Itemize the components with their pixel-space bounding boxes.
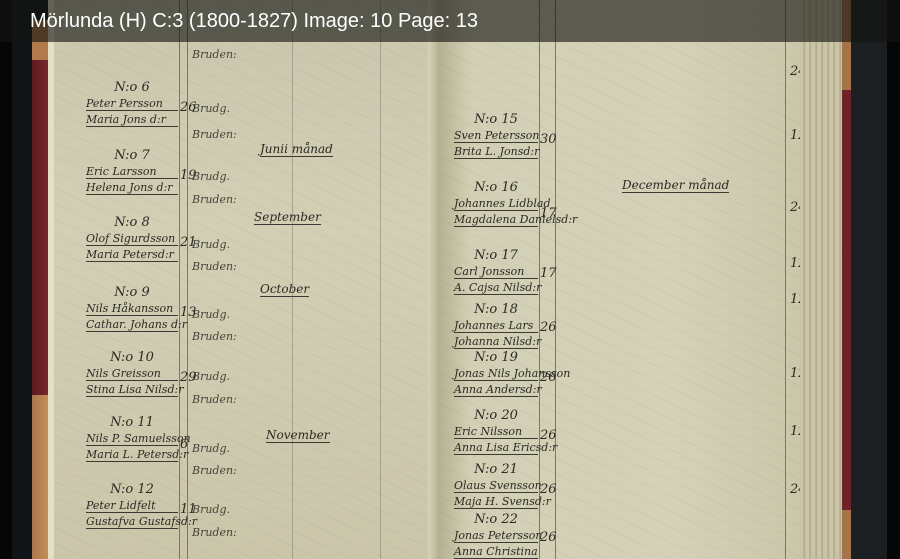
entry-number: N:o 12 xyxy=(86,482,178,497)
role-label: Bruden: xyxy=(192,526,237,539)
role-label: Bruden: xyxy=(192,193,237,206)
role-label: Bruden: xyxy=(192,393,237,406)
book-cover-right xyxy=(842,0,887,559)
bride-name: A. Cajsa Nilsd:r xyxy=(454,281,538,295)
groom-age: 26 xyxy=(540,428,557,443)
marriage-entry: N:o 16 Johannes Lidblad Magdalena Daniel… xyxy=(454,180,538,227)
role-label: Brudg. xyxy=(192,503,230,516)
marriage-entry: N:o 10 Nils Greisson Stina Lisa Nilsd:r xyxy=(86,350,178,397)
entry-number: N:o 7 xyxy=(86,148,178,163)
role-label: Brudg. xyxy=(192,308,230,321)
groom-name: Nils Håkansson xyxy=(86,302,178,316)
entry-number: N:o 17 xyxy=(454,248,538,263)
groom-name: Sven Petersson xyxy=(454,129,538,143)
groom-age: 26 xyxy=(540,370,557,385)
bride-name: Maja H. Svensd:r xyxy=(454,495,538,509)
groom-name: Nils Greisson xyxy=(86,367,178,381)
entry-number: N:o 22 xyxy=(454,512,538,527)
entry-number: N:o 16 xyxy=(454,180,538,195)
groom-name: Jonas Nils Johansson xyxy=(454,367,538,381)
role-label: Bruden: xyxy=(192,464,237,477)
groom-name: Nils P. Samuelsson xyxy=(86,432,178,446)
month-heading: October xyxy=(260,282,309,297)
register-page-left: N:o 6 Peter Persson Maria Jons d:r N:o 7… xyxy=(48,0,446,559)
groom-name: Eric Larsson xyxy=(86,165,178,179)
role-label: Bruden: xyxy=(192,48,237,61)
bride-name: Magdalena Danielsd:r xyxy=(454,213,538,227)
role-label: Bruden: xyxy=(192,330,237,343)
month-heading: November xyxy=(266,428,330,443)
bride-name: Johanna Nilsd:r xyxy=(454,335,538,349)
groom-name: Carl Jonsson xyxy=(454,265,538,279)
book-cover-left xyxy=(12,0,50,559)
entry-number: N:o 18 xyxy=(454,302,538,317)
marriage-entry: N:o 22 Jonas Petersson Anna Christina xyxy=(454,512,538,559)
month-heading: Junii månad xyxy=(260,142,333,157)
groom-name: Jonas Petersson xyxy=(454,529,538,543)
marriage-entry: N:o 21 Olaus Svensson Maja H. Svensd:r xyxy=(454,462,538,509)
groom-name: Johannes Lars xyxy=(454,319,538,333)
groom-age: 30 xyxy=(540,132,557,147)
bride-name: Anna Christina xyxy=(454,545,538,559)
image-title: Mörlunda (H) C:3 (1800-1827) Image: 10 P… xyxy=(30,9,478,33)
bride-name: Anna Andersd:r xyxy=(454,383,538,397)
register-page-right: N:o 15 Sven Petersson Brita L. Jonsd:r N… xyxy=(440,0,832,559)
entry-number: N:o 19 xyxy=(454,350,538,365)
marriage-entry: N:o 8 Olof Sigurdsson Maria Petersd:r xyxy=(86,215,178,262)
marriage-entry: N:o 18 Johannes Lars Johanna Nilsd:r xyxy=(454,302,538,349)
month-heading: September xyxy=(254,210,321,225)
role-label: Brudg. xyxy=(192,370,230,383)
bride-name: Gustafva Gustafsd:r xyxy=(86,515,178,529)
role-label: Brudg. xyxy=(192,238,230,251)
groom-name: Eric Nilsson xyxy=(454,425,538,439)
groom-name: Johannes Lidblad xyxy=(454,197,538,211)
month-heading: December månad xyxy=(622,178,729,193)
groom-age: 26 xyxy=(540,482,557,497)
bride-name: Maria Jons d:r xyxy=(86,113,178,127)
marriage-entry: N:o 9 Nils Håkansson Cathar. Johans d:r xyxy=(86,285,178,332)
role-label: Brudg. xyxy=(192,442,230,455)
entry-number: N:o 6 xyxy=(86,80,178,95)
marriage-entry: N:o 11 Nils P. Samuelsson Maria L. Peter… xyxy=(86,415,178,462)
entry-number: N:o 20 xyxy=(454,408,538,423)
groom-name: Peter Lidfelt xyxy=(86,499,178,513)
page-edges xyxy=(800,0,842,559)
marriage-entry: N:o 19 Jonas Nils Johansson Anna Andersd… xyxy=(454,350,538,397)
marriage-entry: N:o 20 Eric Nilsson Anna Lisa Ericsd:r xyxy=(454,408,538,455)
image-title-overlay: Mörlunda (H) C:3 (1800-1827) Image: 10 P… xyxy=(0,0,900,42)
marriage-entry: N:o 17 Carl Jonsson A. Cajsa Nilsd:r xyxy=(454,248,538,295)
bride-name: Helena Jons d:r xyxy=(86,181,178,195)
bride-name: Cathar. Johans d:r xyxy=(86,318,178,332)
marriage-entry: N:o 7 Eric Larsson Helena Jons d:r xyxy=(86,148,178,195)
bride-name: Stina Lisa Nilsd:r xyxy=(86,383,178,397)
role-label: Bruden: xyxy=(192,128,237,141)
role-label: Brudg. xyxy=(192,170,230,183)
marriage-entry: N:o 6 Peter Persson Maria Jons d:r xyxy=(86,80,178,127)
groom-name: Peter Persson xyxy=(86,97,178,111)
entry-number: N:o 11 xyxy=(86,415,178,430)
groom-age: 6 xyxy=(180,437,188,452)
entry-number: N:o 9 xyxy=(86,285,178,300)
groom-name: Olaus Svensson xyxy=(454,479,538,493)
groom-age: 26 xyxy=(540,320,557,335)
role-label: Bruden: xyxy=(192,260,237,273)
groom-age: 17 xyxy=(540,266,557,281)
bride-name: Maria L. Petersd:r xyxy=(86,448,178,462)
bride-name: Maria Petersd:r xyxy=(86,248,178,262)
bride-name: Brita L. Jonsd:r xyxy=(454,145,538,159)
entry-number: N:o 21 xyxy=(454,462,538,477)
groom-age: 17 xyxy=(540,206,557,221)
marriage-entry: N:o 12 Peter Lidfelt Gustafva Gustafsd:r xyxy=(86,482,178,529)
entry-number: N:o 8 xyxy=(86,215,178,230)
entry-number: N:o 10 xyxy=(86,350,178,365)
bride-name: Anna Lisa Ericsd:r xyxy=(454,441,538,455)
marriage-entry: N:o 15 Sven Petersson Brita L. Jonsd:r xyxy=(454,112,538,159)
groom-name: Olof Sigurdsson xyxy=(86,232,178,246)
role-label: Brudg. xyxy=(192,102,230,115)
entry-number: N:o 15 xyxy=(454,112,538,127)
groom-age: 26 xyxy=(540,530,557,545)
image-viewer[interactable]: N:o 6 Peter Persson Maria Jons d:r N:o 7… xyxy=(0,0,900,559)
